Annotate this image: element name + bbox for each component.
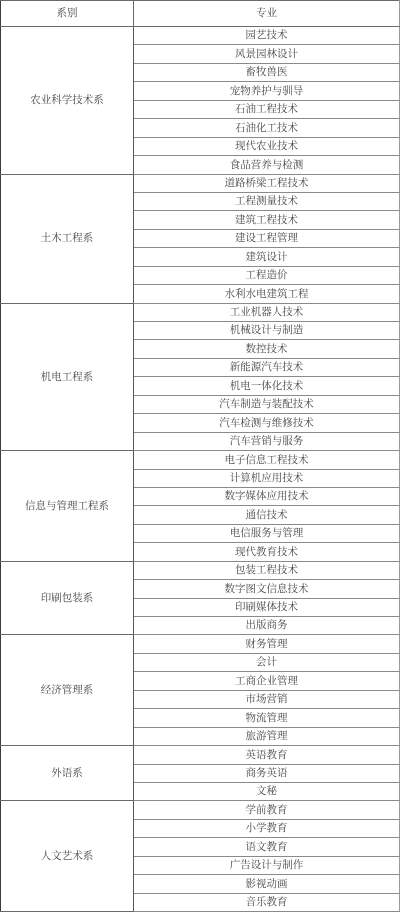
major-cell: 汽车检测与维修技术 — [134, 414, 400, 432]
major-cell: 包装工程技术 — [134, 561, 400, 579]
major-cell: 工程造价 — [134, 266, 400, 284]
major-cell: 财务管理 — [134, 635, 400, 653]
major-cell: 食品营养与检测 — [134, 156, 400, 174]
table-row: 印刷包装系包装工程技术 — [1, 561, 400, 579]
table-row: 外语系英语教育 — [1, 746, 400, 764]
major-cell: 市场营销 — [134, 690, 400, 708]
major-cell: 会计 — [134, 653, 400, 671]
major-cell: 汽车营销与服务 — [134, 432, 400, 450]
major-cell: 工业机器人技术 — [134, 303, 400, 321]
table-body: 农业科学技术系园艺技术风景园林设计畜牧兽医宠物养护与驯导石油工程技术石油化工技术… — [1, 27, 400, 896]
department-cell: 经济管理系 — [1, 635, 134, 746]
major-cell: 机械设计与制造 — [134, 322, 400, 340]
major-cell: 出版商务 — [134, 617, 400, 635]
table-row: 农业科学技术系园艺技术 — [1, 27, 400, 45]
major-cell: 计算机应用技术 — [134, 469, 400, 487]
major-cell: 石油化工技术 — [134, 119, 400, 137]
table-row: 人文艺术系学前教育 — [1, 801, 400, 819]
major-cell: 电信服务与管理 — [134, 524, 400, 542]
major-cell: 文秘 — [134, 782, 400, 800]
department-cell: 机电工程系 — [1, 303, 134, 451]
major-cell: 英语教育 — [134, 746, 400, 764]
major-cell: 现代教育技术 — [134, 543, 400, 561]
department-cell: 农业科学技术系 — [1, 27, 134, 175]
major-cell: 印刷媒体技术 — [134, 598, 400, 616]
table-row: 机电工程系工业机器人技术 — [1, 303, 400, 321]
department-cell: 印刷包装系 — [1, 561, 134, 635]
major-cell: 物流管理 — [134, 709, 400, 727]
major-cell: 语文教育 — [134, 838, 400, 856]
major-cell: 建筑工程技术 — [134, 211, 400, 229]
major-cell: 石油工程技术 — [134, 100, 400, 118]
major-cell: 机电一体化技术 — [134, 377, 400, 395]
major-cell: 数控技术 — [134, 340, 400, 358]
table-row: 信息与管理工程系电子信息工程技术 — [1, 451, 400, 469]
major-cell: 风景园林设计 — [134, 45, 400, 63]
major-cell: 数字媒体应用技术 — [134, 487, 400, 505]
major-cell: 汽车制造与装配技术 — [134, 395, 400, 413]
header-major: 专业 — [134, 1, 400, 27]
major-cell: 旅游管理 — [134, 727, 400, 745]
major-cell: 水利水电建筑工程 — [134, 285, 400, 303]
major-cell: 数字图文信息技术 — [134, 580, 400, 598]
major-cell: 宠物养护与驯导 — [134, 82, 400, 100]
department-cell: 信息与管理工程系 — [1, 451, 134, 562]
major-cell: 小学教育 — [134, 819, 400, 837]
major-cell: 学前教育 — [134, 801, 400, 819]
departments-majors-table: 系别 专业 农业科学技术系园艺技术风景园林设计畜牧兽医宠物养护与驯导石油工程技术… — [0, 0, 400, 895]
major-cell: 通信技术 — [134, 506, 400, 524]
header-row: 系别 专业 — [1, 1, 400, 27]
major-cell: 广告设计与制作 — [134, 856, 400, 874]
major-cell: 园艺技术 — [134, 27, 400, 45]
major-cell: 建设工程管理 — [134, 229, 400, 247]
department-cell: 外语系 — [1, 746, 134, 801]
major-cell: 商务英语 — [134, 764, 400, 782]
major-cell: 畜牧兽医 — [134, 63, 400, 81]
major-cell: 新能源汽车技术 — [134, 358, 400, 376]
header-department: 系别 — [1, 1, 134, 27]
major-cell: 工程测量技术 — [134, 192, 400, 210]
major-cell: 建筑设计 — [134, 248, 400, 266]
department-cell: 人文艺术系 — [1, 801, 134, 895]
table-row: 经济管理系财务管理 — [1, 635, 400, 653]
department-cell: 土木工程系 — [1, 174, 134, 303]
table-row: 土木工程系道路桥梁工程技术 — [1, 174, 400, 192]
major-cell: 工商企业管理 — [134, 672, 400, 690]
major-cell: 影视动画 — [134, 875, 400, 893]
major-cell: 道路桥梁工程技术 — [134, 174, 400, 192]
major-cell: 电子信息工程技术 — [134, 451, 400, 469]
major-cell: 现代农业技术 — [134, 137, 400, 155]
